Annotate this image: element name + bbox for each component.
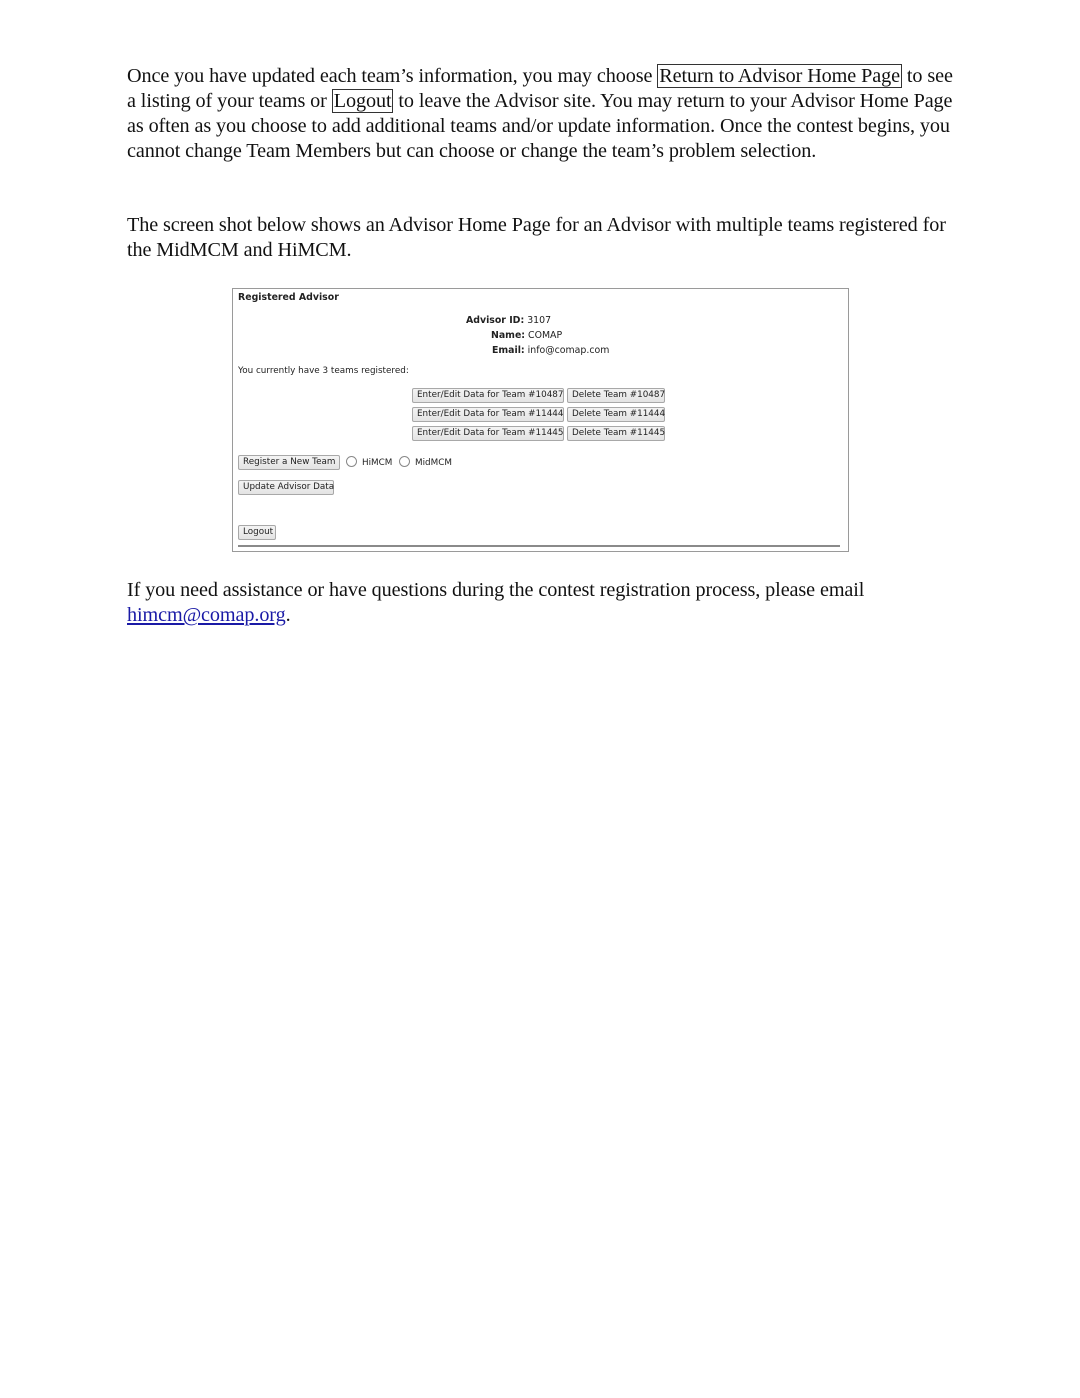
screenshot-title: Registered Advisor (238, 292, 339, 303)
edit-team-11445-button[interactable]: Enter/Edit Data for Team #11445 (412, 426, 564, 441)
radio-circle-icon[interactable] (399, 456, 410, 467)
intro-paragraph: Once you have updated each team’s inform… (127, 64, 957, 164)
help-paragraph: If you need assistance or have questions… (127, 578, 957, 628)
radio-circle-icon[interactable] (346, 456, 357, 467)
advisor-email-value: info@comap.com (528, 345, 610, 356)
advisor-id-value: 3107 (527, 315, 551, 326)
radio-midmcm-label: MidMCM (415, 458, 452, 468)
advisor-name-row: Name: COMAP (491, 328, 562, 343)
advisor-id-label: Advisor ID: (466, 315, 524, 326)
advisor-id-row: Advisor ID: 3107 (466, 313, 551, 328)
caption-paragraph: The screen shot below shows an Advisor H… (127, 213, 957, 263)
logout-button[interactable]: Logout (238, 525, 276, 540)
logout-reference: Logout (332, 89, 394, 113)
edit-team-10487-button[interactable]: Enter/Edit Data for Team #10487 (412, 388, 564, 403)
help-text: If you need assistance or have questions… (127, 579, 864, 601)
advisor-name-value: COMAP (528, 330, 562, 341)
radio-himcm[interactable]: HiMCM (346, 456, 392, 470)
help-email-link[interactable]: himcm@comap.org (127, 604, 286, 626)
delete-team-10487-button[interactable]: Delete Team #10487 (567, 388, 665, 403)
advisor-name-label: Name: (491, 330, 525, 341)
document-page: Once you have updated each team’s inform… (0, 0, 1080, 1398)
help-end: . (286, 604, 291, 626)
delete-team-11445-button[interactable]: Delete Team #11445 (567, 426, 665, 441)
team-count-text: You currently have 3 teams registered: (238, 366, 409, 376)
delete-team-11444-button[interactable]: Delete Team #11444 (567, 407, 665, 422)
advisor-email-label: Email: (492, 345, 525, 356)
radio-midmcm[interactable]: MidMCM (399, 456, 452, 470)
radio-himcm-label: HiMCM (362, 458, 392, 468)
advisor-email-row: Email: info@comap.com (492, 343, 609, 358)
register-new-team-button[interactable]: Register a New Team (238, 455, 340, 470)
return-home-reference: Return to Advisor Home Page (657, 64, 902, 88)
edit-team-11444-button[interactable]: Enter/Edit Data for Team #11444 (412, 407, 564, 422)
update-advisor-data-button[interactable]: Update Advisor Data (238, 480, 334, 495)
intro-text-1: Once you have updated each team’s inform… (127, 65, 657, 87)
divider (238, 545, 840, 547)
advisor-home-screenshot: Registered Advisor Advisor ID: 3107 Name… (232, 288, 849, 552)
